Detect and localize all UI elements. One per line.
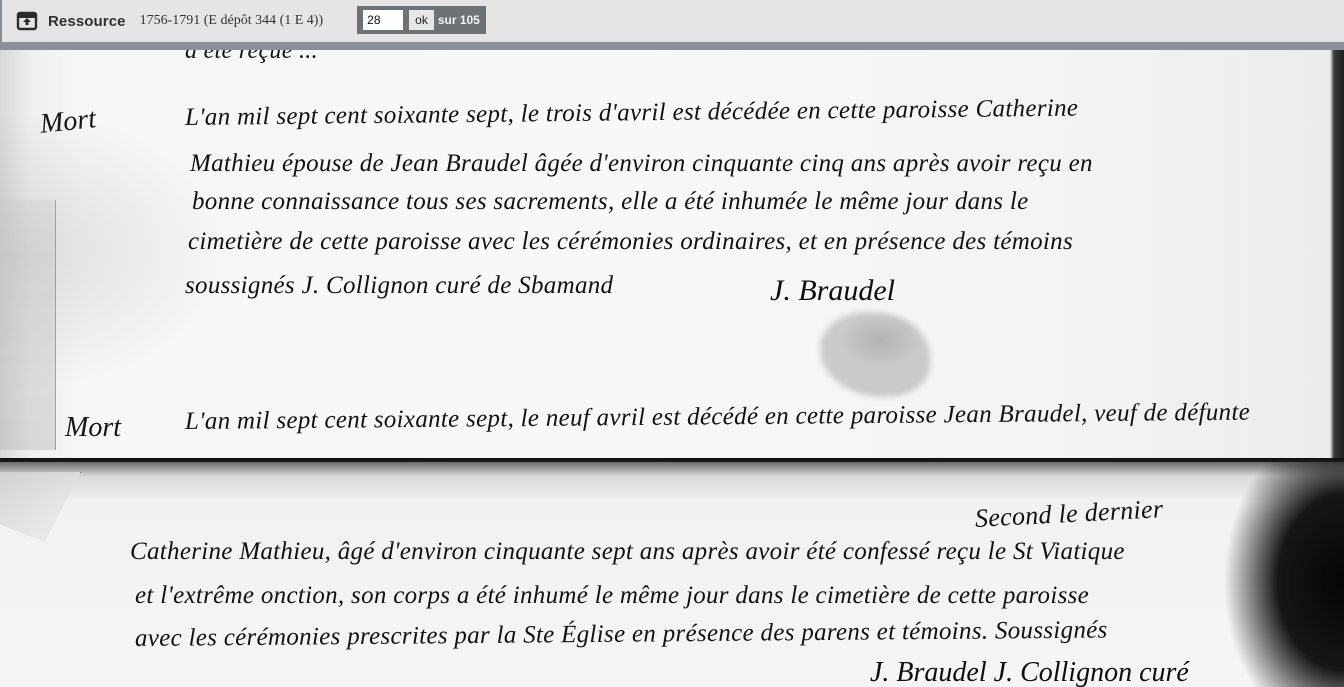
- margin-note-mort: Mort: [38, 103, 97, 141]
- manuscript-line: Mathieu épouse de Jean Braudel âgée d'en…: [190, 150, 1093, 178]
- manuscript-line: L'an mil sept cent soixante sept, le tro…: [185, 95, 1079, 132]
- margin-note-mort: Mort: [65, 412, 121, 444]
- viewer-header: Ressource 1756-1791 (E dépôt 344 (1 E 4)…: [0, 0, 1344, 50]
- page-navigator: ok sur 105: [357, 6, 486, 34]
- water-stain: [820, 312, 930, 397]
- resource-title: Ressource: [48, 13, 126, 30]
- signature: J. Braudel J. Collignon curé: [870, 657, 1189, 687]
- manuscript-line: avec les cérémonies prescrites par la St…: [135, 617, 1108, 653]
- manuscript-line: et l'extrême onction, son corps a été in…: [135, 582, 1089, 610]
- page-total-label: sur 105: [438, 13, 482, 27]
- manuscript-image[interactable]: a été reçue ... Mort L'an mil sept cent …: [0, 50, 1344, 687]
- page-corner-fold: [0, 472, 81, 542]
- resource-box-icon: [16, 10, 38, 32]
- manuscript-line: cimetière de cette paroisse avec les cér…: [188, 228, 1073, 256]
- document-viewer: Ressource 1756-1791 (E dépôt 344 (1 E 4)…: [0, 0, 1344, 687]
- page-number-input[interactable]: [363, 10, 403, 30]
- page-fold: [0, 200, 56, 450]
- go-to-page-button[interactable]: ok: [409, 10, 434, 30]
- manuscript-page-top: a été reçue ... Mort L'an mil sept cent …: [0, 50, 1344, 458]
- manuscript-line: L'an mil sept cent soixante sept, le neu…: [185, 399, 1250, 436]
- manuscript-line: Catherine Mathieu, âgé d'environ cinquan…: [130, 538, 1125, 566]
- resource-subtitle: 1756-1791 (E dépôt 344 (1 E 4)): [140, 13, 324, 29]
- manuscript-line: soussignés J. Collignon curé de Sbamand: [185, 272, 613, 300]
- manuscript-line: bonne connaissance tous ses sacrements, …: [192, 188, 1028, 216]
- signature: J. Braudel: [770, 274, 895, 308]
- manuscript-page-bottom: Second le dernier Catherine Mathieu, âgé…: [0, 462, 1344, 687]
- manuscript-line: a été reçue ...: [185, 50, 318, 65]
- margin-note: Second le dernier: [974, 494, 1164, 534]
